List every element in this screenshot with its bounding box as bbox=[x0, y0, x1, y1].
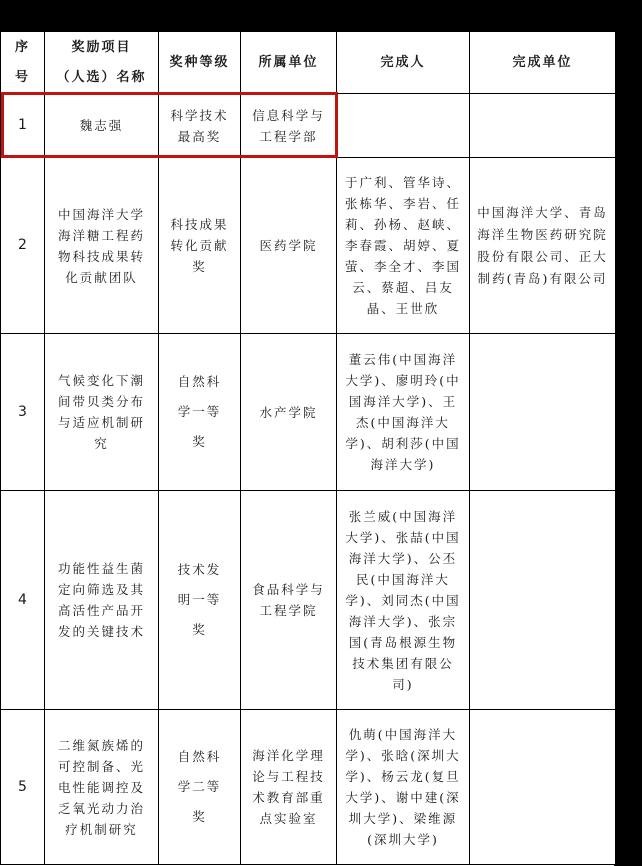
header-completing-units: 完成单位 bbox=[470, 32, 616, 94]
table-row: 5 二维氮族烯的可控制备、光电性能调控及乏氧光动力治疗机制研究 自然科学二等奖 … bbox=[1, 710, 616, 865]
cell-index: 4 bbox=[1, 491, 45, 710]
header-index: 序 号 bbox=[1, 32, 45, 94]
cell-completing-units bbox=[470, 334, 616, 491]
cell-completing-units bbox=[470, 491, 616, 710]
table-row: 2 中国海洋大学海洋糖工程药物科技成果转化贡献团队 科技成果转化贡献奖 医药学院… bbox=[1, 158, 616, 334]
awards-table: 序 号 奖励项目 （人选）名称 奖种等级 所属单位 完成人 完成单位 1 魏志强… bbox=[0, 31, 616, 865]
cell-level: 自然科学二等奖 bbox=[159, 710, 241, 865]
header-project-line2: （人选）名称 bbox=[49, 63, 154, 93]
cell-level: 技术发明一等奖 bbox=[159, 491, 241, 710]
table-row: 1 魏志强 科学技术最高奖 信息科学与工程学部 bbox=[1, 94, 616, 158]
cell-affiliation: 海洋化学理论与工程技术教育部重点实验室 bbox=[241, 710, 337, 865]
cell-index: 5 bbox=[1, 710, 45, 865]
cell-index: 2 bbox=[1, 158, 45, 334]
header-index-line2: 号 bbox=[5, 63, 40, 93]
table-row: 4 功能性益生菌定向筛选及其高活性产品开发的关键技术 技术发明一等奖 食品科学与… bbox=[1, 491, 616, 710]
cell-completers: 仇萌(中国海洋大学)、张晗(深圳大学)、杨云龙(复旦大学)、谢中建(深圳大学)、… bbox=[337, 710, 470, 865]
cell-completers: 于广利、管华诗、张栋华、李岩、任莉、孙杨、赵峡、李春霞、胡婷、夏萤、李全才、李国… bbox=[337, 158, 470, 334]
header-affiliation: 所属单位 bbox=[241, 32, 337, 94]
header-index-line1: 序 bbox=[5, 33, 40, 63]
cell-completers: 张兰威(中国海洋大学)、张喆(中国海洋大学)、公丕民(中国海洋大学)、刘同杰(中… bbox=[337, 491, 470, 710]
cell-affiliation: 水产学院 bbox=[241, 334, 337, 491]
cell-completing-units bbox=[470, 710, 616, 865]
cell-completing-units: 中国海洋大学、青岛海洋生物医药研究院股份有限公司、正大制药(青岛)有限公司 bbox=[470, 158, 616, 334]
cell-completers: 董云伟(中国海洋大学)、廖明玲(中国海洋大学)、王杰(中国海洋大学)、胡利莎(中… bbox=[337, 334, 470, 491]
cell-project: 功能性益生菌定向筛选及其高活性产品开发的关键技术 bbox=[45, 491, 159, 710]
cell-completers bbox=[337, 94, 470, 158]
cell-index: 1 bbox=[1, 94, 45, 158]
cell-project: 魏志强 bbox=[45, 94, 159, 158]
table-row: 3 气候变化下潮间带贝类分布与适应机制研究 自然科学一等奖 水产学院 董云伟(中… bbox=[1, 334, 616, 491]
cell-index: 3 bbox=[1, 334, 45, 491]
header-project: 奖励项目 （人选）名称 bbox=[45, 32, 159, 94]
header-level: 奖种等级 bbox=[159, 32, 241, 94]
cell-affiliation: 食品科学与工程学院 bbox=[241, 491, 337, 710]
cell-project: 二维氮族烯的可控制备、光电性能调控及乏氧光动力治疗机制研究 bbox=[45, 710, 159, 865]
header-project-line1: 奖励项目 bbox=[49, 33, 154, 63]
cell-level: 科技成果转化贡献奖 bbox=[159, 158, 241, 334]
cell-affiliation: 医药学院 bbox=[241, 158, 337, 334]
cell-completing-units bbox=[470, 94, 616, 158]
header-completers: 完成人 bbox=[337, 32, 470, 94]
table-header-row: 序 号 奖励项目 （人选）名称 奖种等级 所属单位 完成人 完成单位 bbox=[1, 32, 616, 94]
cell-level: 科学技术最高奖 bbox=[159, 94, 241, 158]
cell-level: 自然科学一等奖 bbox=[159, 334, 241, 491]
cell-affiliation: 信息科学与工程学部 bbox=[241, 94, 337, 158]
cell-project: 气候变化下潮间带贝类分布与适应机制研究 bbox=[45, 334, 159, 491]
cell-project: 中国海洋大学海洋糖工程药物科技成果转化贡献团队 bbox=[45, 158, 159, 334]
